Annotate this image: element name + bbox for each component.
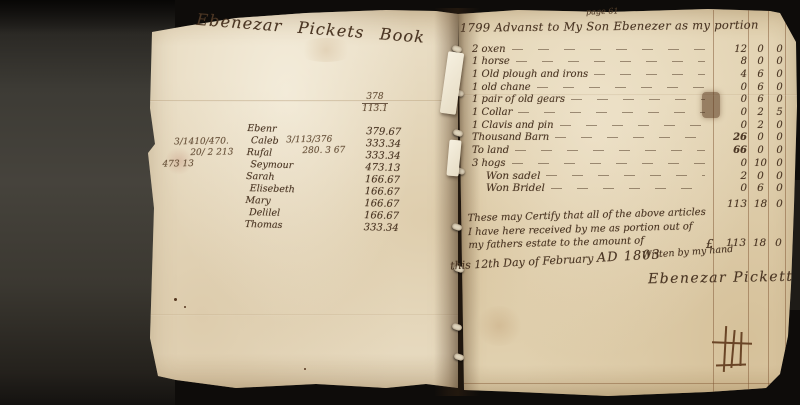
dash-filler: [518, 112, 705, 113]
entry-pounds: 0: [711, 182, 750, 194]
entry-shillings: 6: [750, 69, 771, 80]
share-value: 166.67: [365, 174, 400, 186]
dash-filler: [571, 99, 705, 100]
tally-stroke: [739, 332, 742, 366]
entry-item: 1 pair of old gears: [472, 94, 565, 105]
share-value: 333.34: [366, 138, 401, 150]
dash-filler: [594, 74, 705, 75]
share-name: Thomas: [245, 219, 283, 231]
share-value: 473.13: [365, 162, 400, 174]
ledger-entry-row: Won Bridel 0 6 0: [462, 182, 788, 195]
entry-item: Thousand Barn: [472, 132, 549, 143]
ledger-entry-row: 1 Old plough and irons 4 6 0: [462, 68, 788, 81]
entry-pence: 0: [771, 158, 788, 169]
share-value: 333.34: [364, 222, 399, 234]
total-shillings: 18: [750, 198, 771, 210]
division-numerator: 378: [362, 92, 387, 104]
date-prefix: this 12th Day of February: [450, 252, 594, 272]
share-name: Mary: [245, 195, 271, 207]
entry-shillings: 6: [750, 94, 771, 105]
dash-filler: [551, 188, 705, 189]
share-name: Sarah: [246, 171, 275, 183]
ledger-entry-row: 2 oxen 12 0 0: [462, 43, 788, 56]
share-name: Delilel: [245, 207, 280, 219]
entry-pence: 0: [771, 69, 788, 80]
total-pence: 0: [771, 198, 788, 210]
entry-pence: 0: [771, 44, 788, 55]
entry-shillings: 0: [750, 44, 771, 55]
entry-shillings: 6: [750, 182, 771, 194]
entry-item: 1 Clavis and pin: [472, 120, 554, 131]
entry-pounds: 0: [711, 107, 750, 118]
amount-pence: 0: [770, 237, 787, 251]
entry-shillings: 0: [750, 56, 771, 67]
entry-pounds: 12: [711, 44, 750, 55]
entry-item: To land: [472, 145, 509, 156]
share-name: Seymour: [246, 159, 293, 171]
tally-marks: [712, 322, 756, 374]
entry-pounds: 0: [711, 94, 750, 105]
share-name: Rufal: [247, 147, 273, 159]
dash-filler: [555, 137, 705, 138]
entry-item: Won sadel: [486, 170, 540, 182]
division-result: 113.1: [352, 104, 398, 114]
ledger-entry-row: Won sadel 2 0 0: [462, 169, 788, 182]
entry-pounds: 8: [711, 56, 750, 67]
dash-filler: [537, 87, 705, 88]
total-pounds: 113: [711, 198, 750, 210]
share-name: Caleb: [247, 135, 279, 147]
entry-pence: 0: [771, 132, 788, 143]
entry-pence: 0: [771, 145, 788, 156]
dash-filler: [560, 125, 705, 126]
entry-pence: 0: [771, 120, 788, 131]
calc-line: 20/ 2 213: [162, 147, 233, 159]
tally-stroke: [730, 330, 735, 368]
entry-pounds: 4: [711, 69, 750, 80]
entry-pence: 0: [771, 182, 788, 194]
entry-item: 1 old chane: [472, 82, 531, 93]
entry-shillings: 6: [750, 82, 771, 93]
share-value: 333.34: [365, 150, 400, 162]
entry-shillings: 2: [750, 120, 771, 131]
entry-pence: 0: [771, 82, 788, 93]
ledger-entry-row: 1 old chane 0 6 0: [462, 81, 788, 94]
entry-item: Won Bridel: [486, 182, 545, 194]
entry-pence: 0: [771, 56, 788, 67]
entry-item: 1 Old plough and irons: [472, 69, 588, 80]
entry-pounds: 0: [711, 82, 750, 93]
dash-filler: [546, 175, 705, 176]
dash-filler: [512, 163, 705, 164]
ledger-entry-row: Thousand Barn 26 0 0: [462, 131, 788, 144]
share-name: Ebenr: [247, 123, 277, 135]
ledger-entry-row: 1 horse 8 0 0: [462, 56, 788, 69]
entry-item: 2 oxen: [472, 44, 506, 55]
dash-filler: [512, 49, 705, 50]
book-title: Ebenezar Pickets Book: [196, 10, 457, 49]
entry-pence: 5: [771, 107, 788, 118]
share-value: 379.67: [366, 126, 401, 138]
entry-pounds: 26: [711, 132, 750, 143]
entry-pence: 0: [771, 170, 788, 182]
scanned-book-photo: Ebenezar Pickets Book 378 113.1 3/1410/4…: [0, 0, 800, 405]
certificate-text: These may Certify that all of the above …: [468, 206, 707, 253]
entry-shillings: 0: [750, 170, 771, 182]
entry-item: 1 horse: [472, 56, 510, 67]
entry-shillings: 0: [750, 132, 771, 143]
dash-filler: [515, 150, 705, 151]
ledger-entry-row: 1 Clavis and pin 0 2 0: [462, 119, 788, 132]
share-name: Elisebeth: [246, 183, 295, 195]
entry-shillings: 2: [750, 107, 771, 118]
entry-item: 3 hogs: [472, 158, 506, 169]
ledger-entries: 2 oxen 12 0 0 1 horse 8 0 0 1 Old plough…: [462, 43, 788, 195]
entry-pounds: 0: [711, 158, 750, 169]
calculation-block-1: 3/1410/470.20/ 2 213473 13: [161, 103, 233, 170]
share-value: 166.67: [364, 198, 399, 210]
ledger-heading: 1799 Advanst to My Son Ebenezer as my po…: [460, 17, 790, 34]
dash-filler: [516, 61, 705, 62]
right-page-content: page 61 1799 Advanst to My Son Ebenezer …: [458, 6, 798, 400]
ledger-entry-row: To land 66 0 0: [462, 144, 788, 157]
ledger-entry-row: 1 Collar 0 2 5: [462, 106, 788, 119]
share-value: 166.67: [364, 210, 399, 222]
share-value: 166.67: [365, 186, 400, 198]
left-page-content: Ebenezar Pickets Book 378 113.1 3/1410/4…: [146, 8, 458, 392]
entry-pence: 0: [771, 94, 788, 105]
entry-pounds: 0: [711, 120, 750, 131]
entry-shillings: 0: [750, 145, 771, 156]
calc-line: 473 13: [162, 158, 233, 170]
signature: Ebenezar Pickett: [648, 269, 794, 288]
page-number-label: page 61: [586, 6, 619, 16]
amount-shillings: 18: [749, 237, 770, 251]
ledger-entry-row: 1 pair of old gears 0 6 0: [462, 94, 788, 107]
division-note: 378 113.1: [352, 92, 398, 114]
entry-shillings: 10: [750, 158, 771, 169]
ledger-entry-row: 3 hogs 0 10 0: [462, 157, 788, 170]
shares-list: Ebenr 379.67 Caleb 333.34 Rufal 333.34 S…: [245, 122, 402, 235]
entry-item: 1 Collar: [472, 107, 512, 118]
entry-pounds: 66: [711, 145, 750, 156]
entry-pounds: 2: [711, 170, 750, 182]
